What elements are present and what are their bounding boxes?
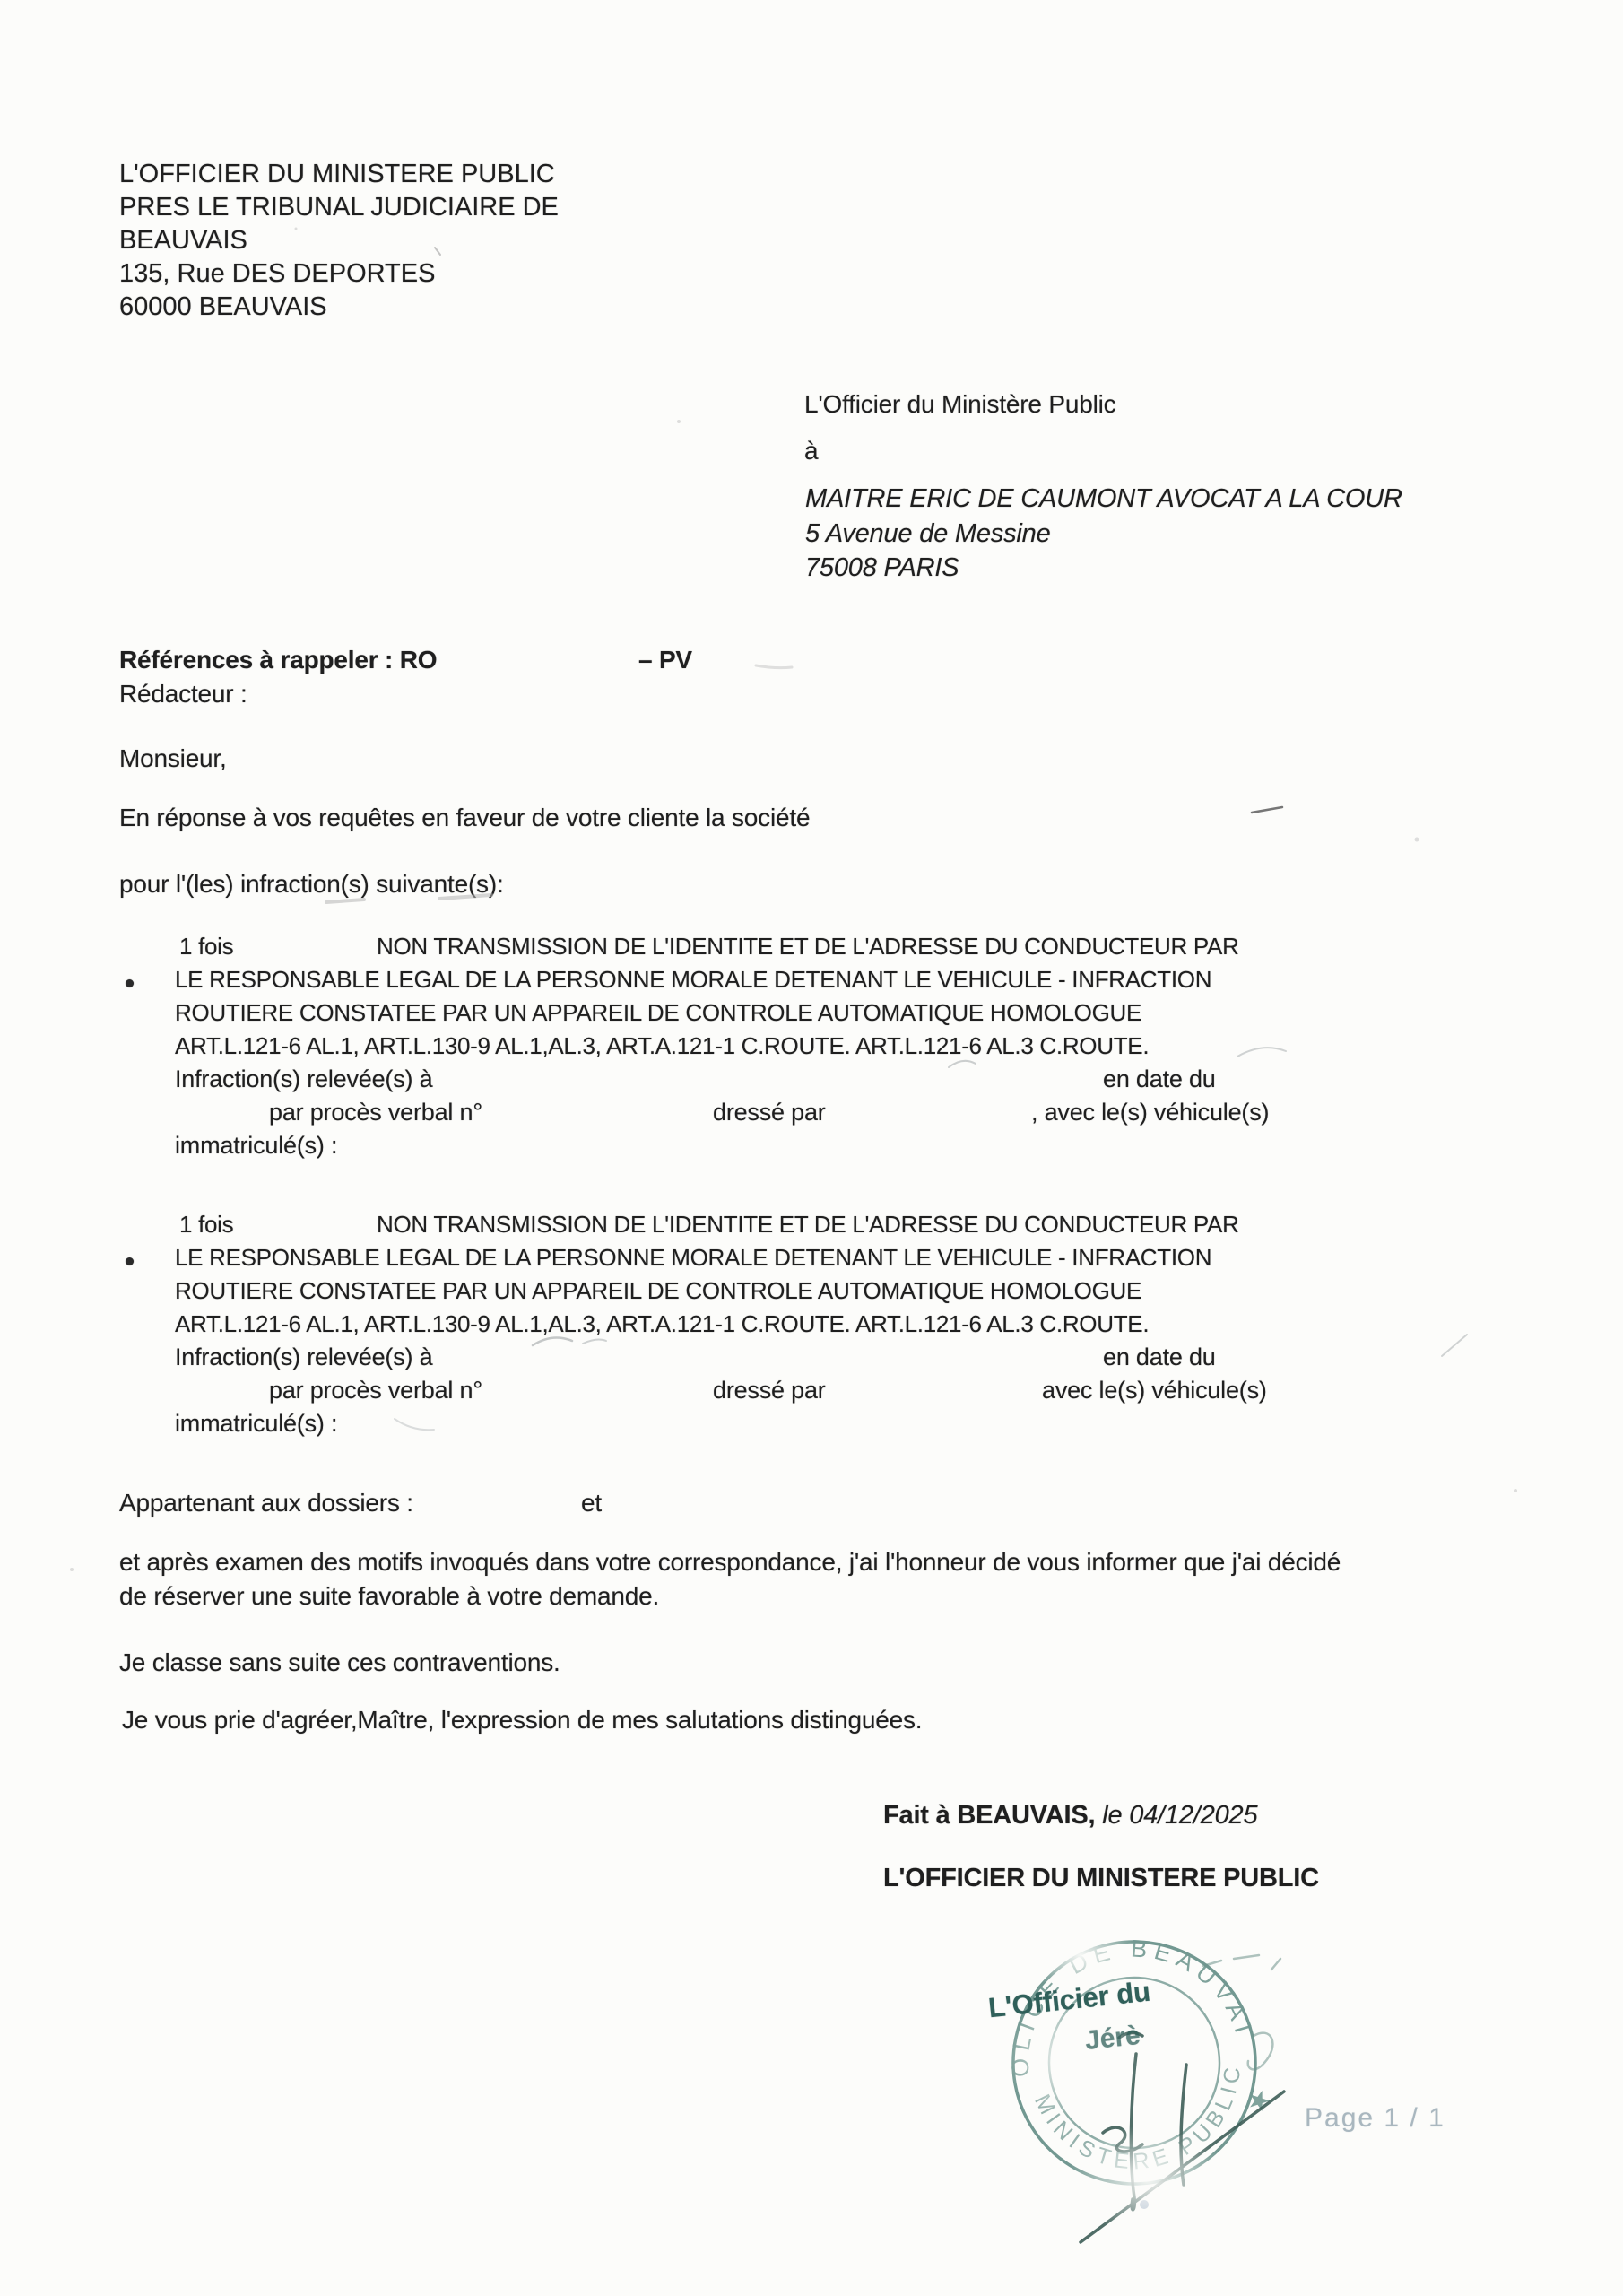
stamp-fade-overlay	[1067, 2126, 1228, 2233]
decision-line: de réserver une suite favorable à votre …	[119, 1582, 659, 1611]
closing-date: le 04/12/2025	[1102, 1801, 1257, 1830]
vehicule-label: avec le(s) véhicule(s)	[1042, 1377, 1267, 1405]
stamp-name-line: Jérè	[1083, 2021, 1141, 2057]
infraction-line: ART.L.121-6 AL.1, ART.L.130-9 AL.1,AL.3,…	[175, 1310, 1149, 1338]
pv-label: par procès verbal n°	[269, 1099, 482, 1126]
infraction-line: ART.L.121-6 AL.1, ART.L.130-9 AL.1,AL.3,…	[175, 1032, 1149, 1060]
recipient-from-line: L'Officier du Ministère Public	[804, 390, 1115, 419]
releve-label: Infraction(s) relevée(s) à	[175, 1344, 432, 1371]
recipient-name: MAITRE ERIC DE CAUMONT AVOCAT A LA COUR	[805, 484, 1402, 514]
svg-text:MINISTERE PUBLIC: MINISTERE PUBLIC	[1028, 2057, 1263, 2192]
immatricule-label: immatriculé(s) :	[175, 1410, 337, 1438]
infraction-line: ROUTIERE CONSTATEE PAR UN APPAREIL DE CO…	[175, 1277, 1141, 1305]
recipient-address: 5 Avenue de Messine	[805, 519, 1051, 549]
sender-line: 135, Rue DES DEPORTES	[119, 257, 559, 291]
politesse-line: Je vous prie d'agréer,Maître, l'expressi…	[122, 1706, 922, 1735]
redacteur-label: Rédacteur :	[119, 680, 247, 709]
stamp-officer-line: L'Officier du	[987, 1976, 1152, 2025]
dresse-label: dressé par	[713, 1377, 826, 1405]
closing-officer-title: L'OFFICIER DU MINISTERE PUBLIC	[883, 1864, 1319, 1893]
fait-a-label: Fait à BEAUVAIS,	[883, 1801, 1095, 1830]
infraction-title: NON TRANSMISSION DE L'IDENTITE ET DE L'A…	[377, 933, 1239, 961]
references-recall-label: Références à rappeler : RO	[119, 646, 437, 674]
date-label: en date du	[1103, 1344, 1216, 1371]
infraction-title: NON TRANSMISSION DE L'IDENTITE ET DE L'A…	[377, 1211, 1239, 1239]
closing-place-date: Fait à BEAUVAIS, le 04/12/2025	[883, 1801, 1257, 1831]
stamp-ring-bottom-text: MINISTERE PUBLIC	[1028, 2057, 1263, 2192]
signature	[1081, 2032, 1284, 2242]
infraction-line: LE RESPONSABLE LEGAL DE LA PERSONNE MORA…	[175, 1244, 1211, 1272]
decision-line: et après examen des motifs invoqués dans…	[119, 1548, 1341, 1577]
dossiers-label: Appartenant aux dossiers :	[119, 1489, 413, 1518]
pen-marks	[1203, 1955, 1280, 2069]
bullet-icon	[126, 1257, 134, 1265]
stamp-outer-ring	[994, 1923, 1275, 2204]
infraction-line: ROUTIERE CONSTATEE PAR UN APPAREIL DE CO…	[175, 999, 1141, 1027]
date-label: en date du	[1103, 1065, 1216, 1093]
salutation: Monsieur,	[119, 744, 227, 773]
classement-line: Je classe sans suite ces contraventions.	[119, 1648, 560, 1677]
dossiers-et: et	[581, 1489, 602, 1518]
scanned-letter-page: L'OFFICIER DU MINISTERE PUBLIC PRES LE T…	[0, 0, 1623, 2296]
ink-dot	[1140, 2200, 1149, 2209]
sender-line: L'OFFICIER DU MINISTERE PUBLIC	[119, 158, 559, 191]
infraction-line: LE RESPONSABLE LEGAL DE LA PERSONNE MORA…	[175, 966, 1211, 994]
infraction-count: 1 fois	[179, 933, 233, 961]
references-pv-label: – PV	[638, 646, 692, 674]
sender-line: BEAUVAIS	[119, 224, 559, 257]
sender-line: PRES LE TRIBUNAL JUDICIAIRE DE	[119, 191, 559, 224]
vehicule-label: , avec le(s) véhicule(s)	[1031, 1099, 1269, 1126]
infraction-count: 1 fois	[179, 1211, 233, 1239]
recipient-city: 75008 PARIS	[805, 553, 959, 583]
pv-label: par procès verbal n°	[269, 1377, 482, 1405]
dresse-label: dressé par	[713, 1099, 826, 1126]
intro-line2: pour l'(les) infraction(s) suivante(s):	[119, 870, 504, 899]
intro-line: En réponse à vos requêtes en faveur de v…	[119, 804, 810, 832]
page-number: Page 1 / 1	[1305, 2103, 1445, 2134]
sender-address-block: L'OFFICIER DU MINISTERE PUBLIC PRES LE T…	[119, 158, 559, 324]
bullet-icon	[126, 979, 134, 987]
immatricule-label: immatriculé(s) :	[175, 1132, 337, 1160]
stamp-star-icon: ★	[1243, 2083, 1275, 2119]
recipient-to-label: à	[804, 437, 818, 465]
sender-line: 60000 BEAUVAIS	[119, 291, 559, 324]
releve-label: Infraction(s) relevée(s) à	[175, 1065, 432, 1093]
